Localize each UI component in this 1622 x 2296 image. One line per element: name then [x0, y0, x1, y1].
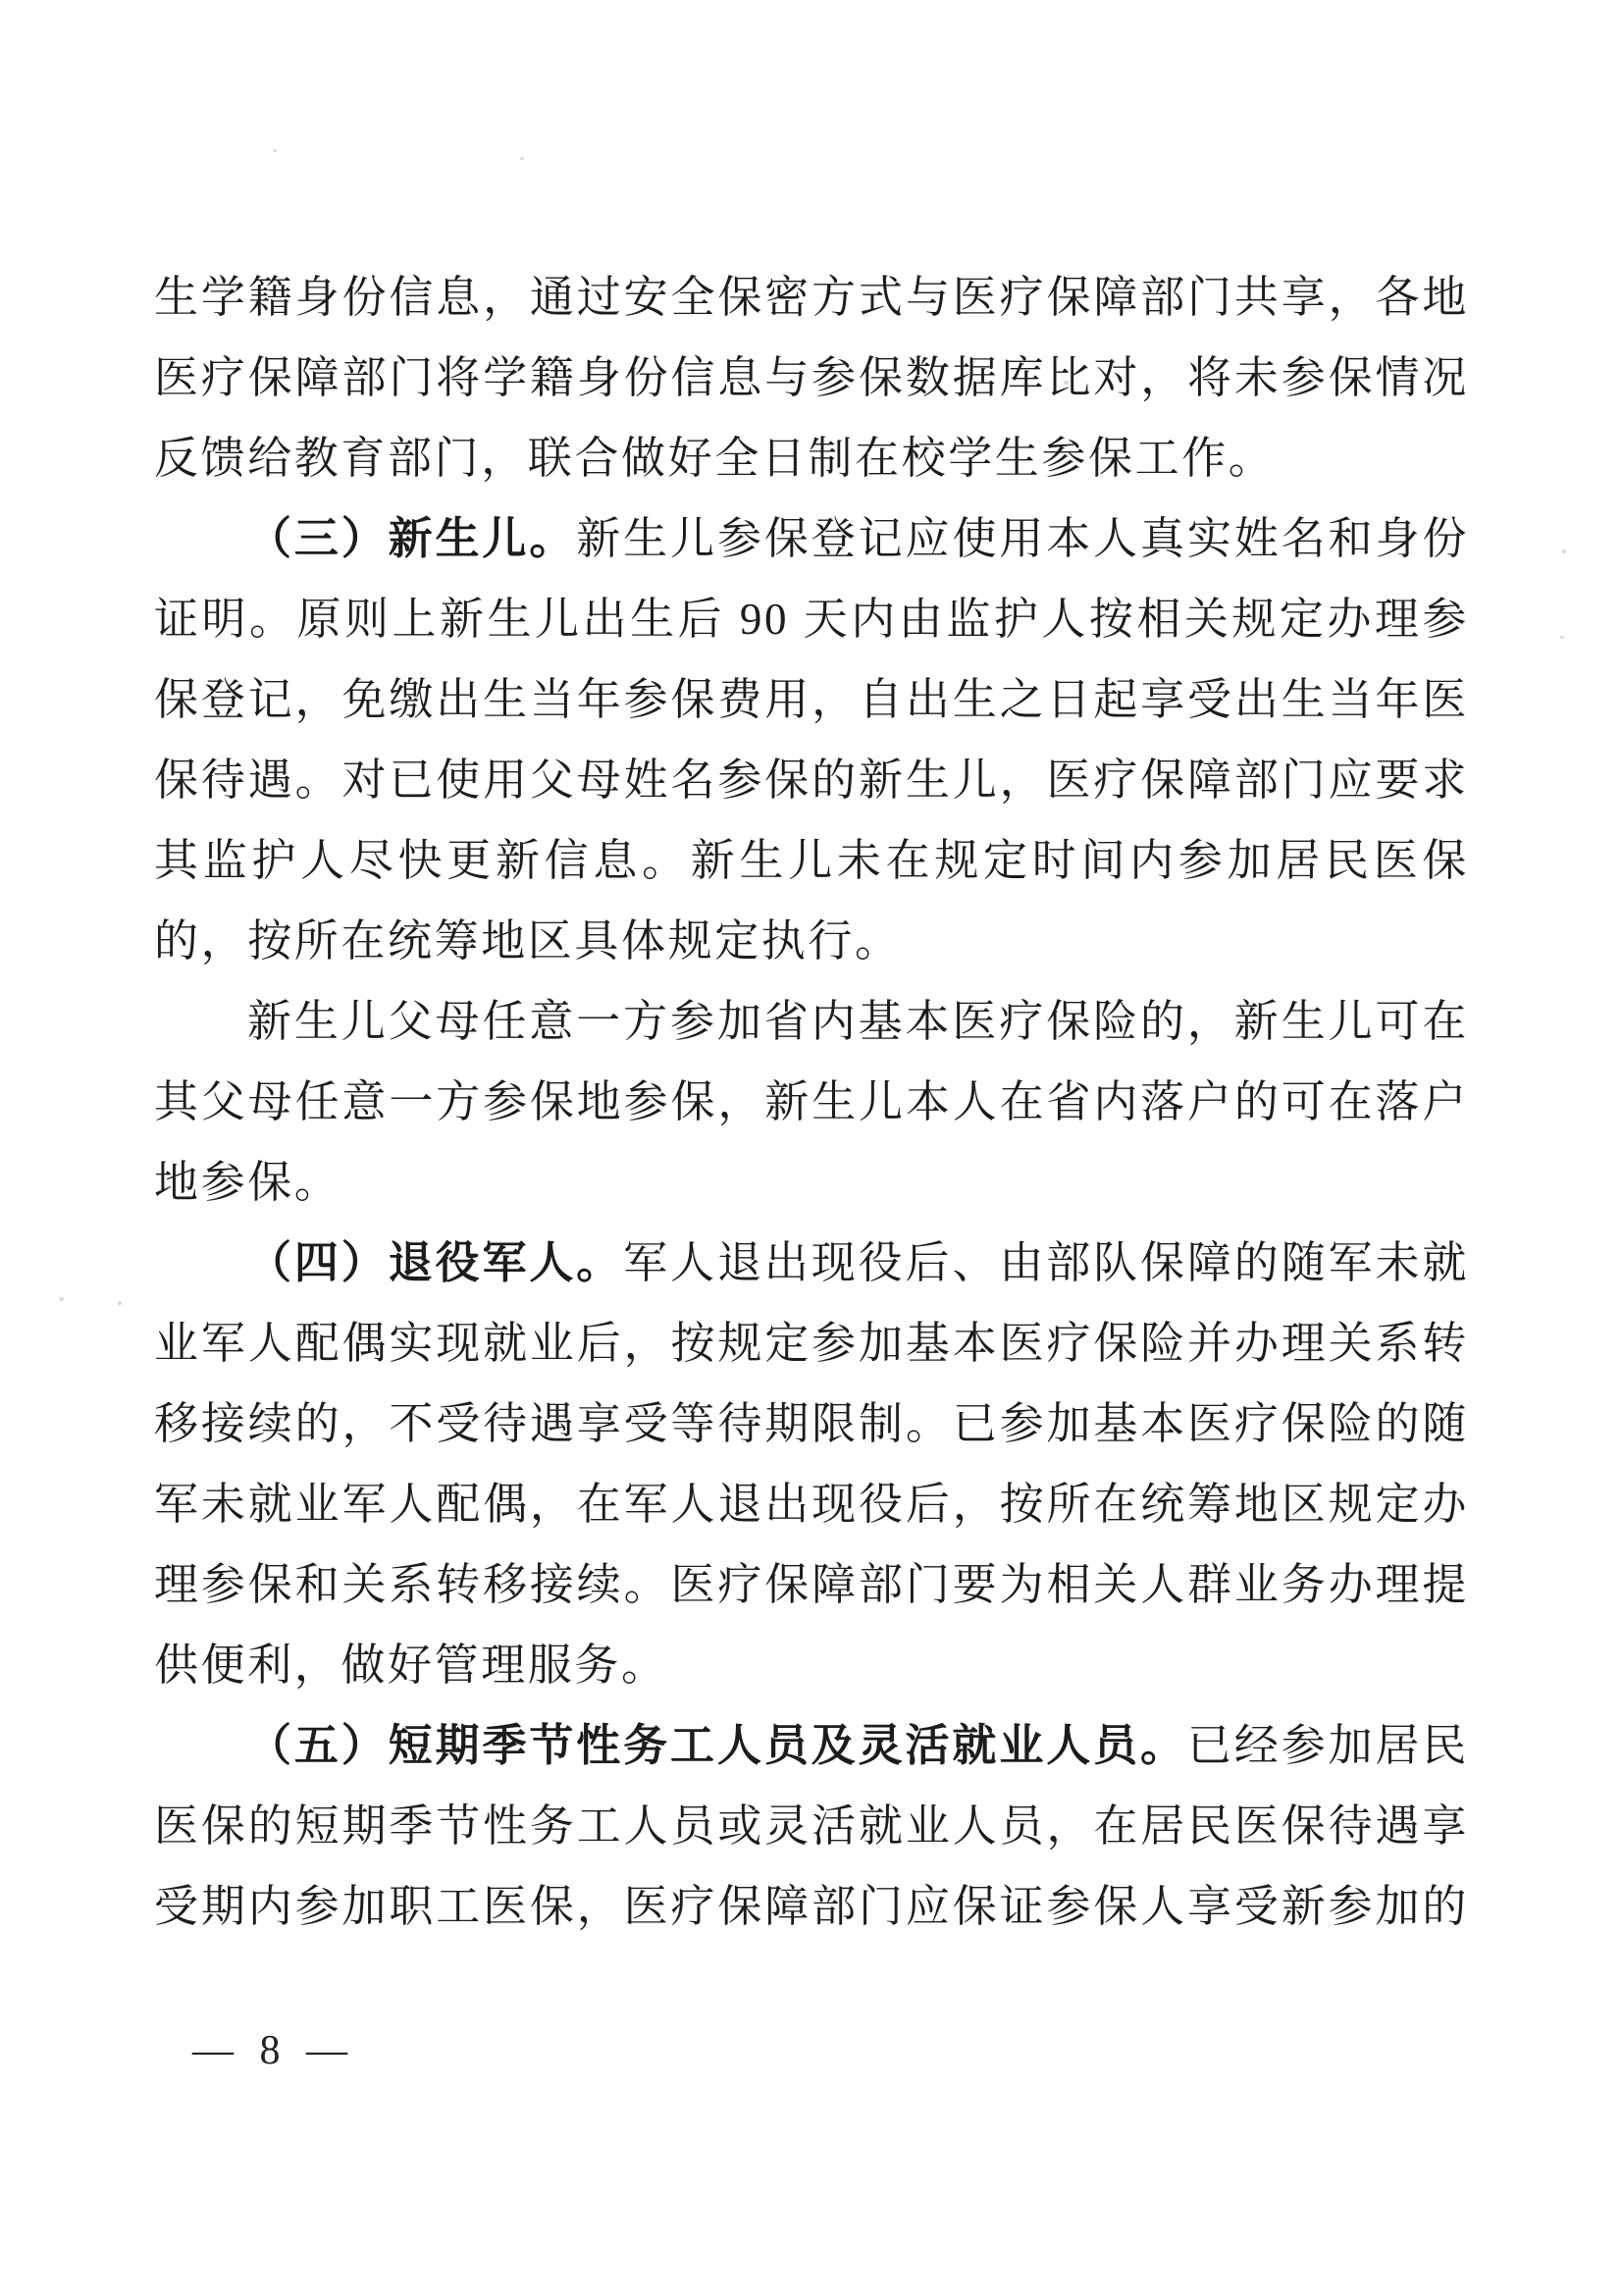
text-line: 医疗保障部门将学籍身份信息与参保数据库比对，将未参保情况 [154, 338, 1469, 418]
paragraph-lead-heading: （三）新生儿。 [247, 514, 576, 563]
text-line: 保待遇。对已使用父母姓名参保的新生儿，医疗保障部门应要求 [154, 740, 1469, 820]
scan-speck [1064, 381, 1069, 385]
text-line: 医保的短期季节性务工人员或灵活就业人员，在居民医保待遇享 [154, 1786, 1469, 1866]
text-line: 移接续的，不受待遇享受等待期限制。已参加基本医疗保险的随 [154, 1383, 1469, 1464]
scan-speck [59, 1297, 64, 1301]
text-line: （三）新生儿。新生儿参保登记应使用本人真实姓名和身份 [154, 498, 1469, 579]
scan-speck [1560, 636, 1564, 639]
text-line: 其监护人尽快更新信息。新生儿未在规定时间内参加居民医保 [154, 820, 1469, 901]
text-line: 保登记，免缴出生当年参保费用，自出生之日起享受出生当年医 [154, 659, 1469, 740]
document-page: 生学籍身份信息，通过安全保密方式与医疗保障部门共享，各地医疗保障部门将学籍身份信… [0, 0, 1622, 2296]
text-line: 地参保。 [154, 1142, 1469, 1223]
text-line: 生学籍身份信息，通过安全保密方式与医疗保障部门共享，各地 [154, 257, 1469, 338]
text-line: 业军人配偶实现就业后，按规定参加基本医疗保险并办理关系转 [154, 1303, 1469, 1383]
scan-speck [520, 157, 524, 160]
paragraph-lead-heading: （五）短期季节性务工人员及灵活就业人员。 [247, 1721, 1187, 1770]
document-text-block: 生学籍身份信息，通过安全保密方式与医疗保障部门共享，各地医疗保障部门将学籍身份信… [154, 257, 1469, 1947]
text-line: 的，按所在统筹地区具体规定执行。 [154, 901, 1469, 981]
paragraph-lead-heading: （四）退役军人。 [247, 1238, 623, 1287]
text-line: （五）短期季节性务工人员及灵活就业人员。已经参加居民 [154, 1705, 1469, 1786]
text-line: 供便利，做好管理服务。 [154, 1625, 1469, 1705]
text-line: 证明。原则上新生儿出生后 90 天内由监护人按相关规定办理参 [154, 579, 1469, 659]
text-line: 新生儿父母任意一方参加省内基本医疗保险的，新生儿可在 [154, 981, 1469, 1062]
text-line: 受期内参加职工医保，医疗保障部门应保证参保人享受新参加的 [154, 1866, 1469, 1947]
scan-speck [273, 149, 277, 152]
scan-speck [1562, 549, 1566, 553]
text-line: 反馈给教育部门，联合做好全日制在校学生参保工作。 [154, 418, 1469, 498]
text-line: （四）退役军人。军人退出现役后、由部队保障的随军未就 [154, 1223, 1469, 1303]
text-line: 军未就业军人配偶，在军人退出现役后，按所在统筹地区规定办 [154, 1464, 1469, 1544]
scan-speck [118, 1301, 122, 1305]
text-line: 理参保和关系转移接续。医疗保障部门要为相关人群业务办理提 [154, 1544, 1469, 1625]
text-line: 其父母任意一方参保地参保，新生儿本人在省内落户的可在落户 [154, 1062, 1469, 1142]
page-number: — 8 — [192, 2027, 355, 2074]
